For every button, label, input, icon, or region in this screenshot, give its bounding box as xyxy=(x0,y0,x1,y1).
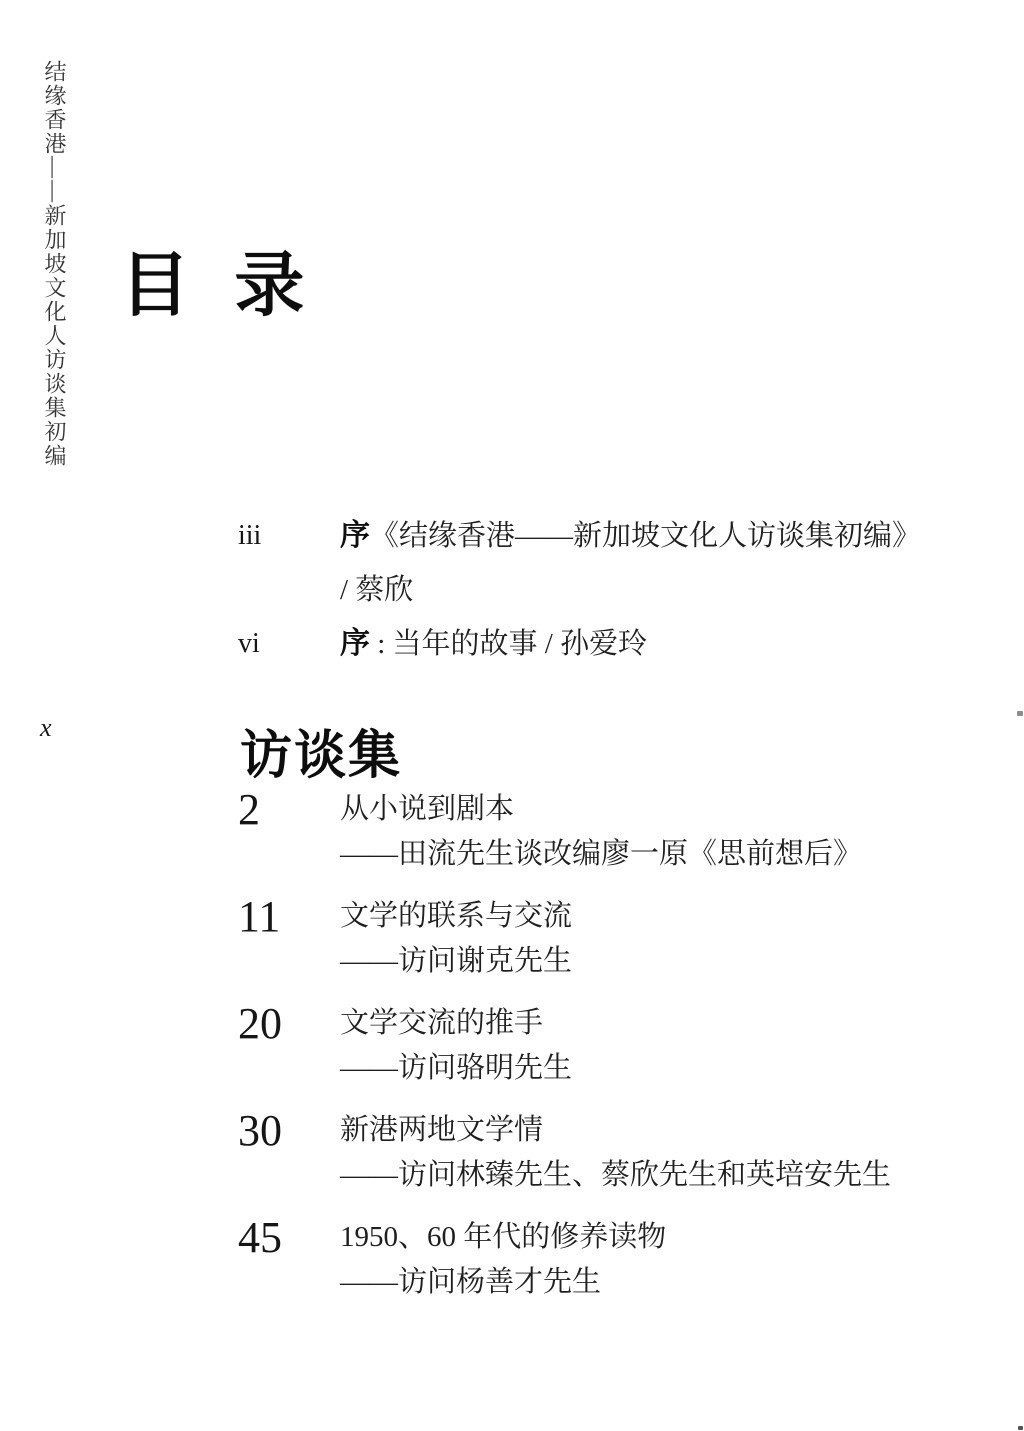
toc-entry-text: 1950、60 年代的修养读物 ——访问杨善才先生 xyxy=(340,1215,958,1305)
toc-entry-title: 文学的联系与交流 xyxy=(340,894,958,939)
spine-running-title: 结缘香港——新加坡文化人访谈集初编 xyxy=(39,60,70,490)
front-matter-list: iii 序《结缘香港——新加坡文化人访谈集初编》 / 蔡欣 vi 序 : 当年的… xyxy=(238,509,938,671)
toc-entry-title: 序《结缘香港——新加坡文化人访谈集初编》 xyxy=(340,509,938,563)
toc-entry-title: 文学交流的推手 xyxy=(340,1001,958,1046)
toc-entry-preface-2: vi 序 : 当年的故事 / 孙爱玲 xyxy=(238,617,938,671)
toc-entry: 30 新港两地文学情 ——访问林臻先生、蔡欣先生和英培安先生 xyxy=(238,1108,958,1198)
toc-entries-list: 2 从小说到剧本 ——田流先生谈改编廖一原《思前想后》 11 文学的联系与交流 … xyxy=(238,787,958,1322)
toc-entry: 45 1950、60 年代的修养读物 ——访问杨善才先生 xyxy=(238,1215,958,1305)
toc-entry-subtitle: ——访问谢克先生 xyxy=(340,939,958,984)
toc-entry-text: 文学的联系与交流 ——访问谢克先生 xyxy=(340,894,958,984)
toc-entry-title: 新港两地文学情 xyxy=(340,1108,958,1153)
margin-page-number: x xyxy=(40,714,52,742)
toc-entry-subtitle: ——访问杨善才先生 xyxy=(340,1260,958,1305)
toc-entry-subtitle: ——访问林臻先生、蔡欣先生和英培安先生 xyxy=(340,1153,958,1198)
page-title: 目 录 xyxy=(120,250,314,320)
toc-entry-text: 序 : 当年的故事 / 孙爱玲 xyxy=(340,617,938,671)
toc-page-number: 45 xyxy=(238,1215,340,1305)
toc-page-number: 11 xyxy=(238,894,340,984)
toc-entry-text: 从小说到剧本 ——田流先生谈改编廖一原《思前想后》 xyxy=(340,787,958,877)
toc-page-number: 30 xyxy=(238,1108,340,1198)
preface-label: 序 xyxy=(340,626,370,661)
toc-page-number: 20 xyxy=(238,1001,340,1091)
preface-title-text: : 当年的故事 / 孙爱玲 xyxy=(370,628,647,660)
toc-entry: 20 文学交流的推手 ——访问骆明先生 xyxy=(238,1001,958,1091)
section-header-interviews: 访谈集 xyxy=(240,729,402,783)
toc-entry-title: 序 : 当年的故事 / 孙爱玲 xyxy=(340,617,938,671)
toc-entry-title: 1950、60 年代的修养读物 xyxy=(340,1215,958,1260)
toc-entry: 2 从小说到剧本 ——田流先生谈改编廖一原《思前想后》 xyxy=(238,787,958,877)
preface-title-text: 《结缘香港——新加坡文化人访谈集初编》 xyxy=(370,520,921,552)
preface-label: 序 xyxy=(340,518,370,553)
toc-page-number: iii xyxy=(238,509,340,617)
toc-entry-subtitle: ——访问骆明先生 xyxy=(340,1046,958,1091)
toc-entry-text: 新港两地文学情 ——访问林臻先生、蔡欣先生和英培安先生 xyxy=(340,1108,958,1198)
toc-entry-byline: / 蔡欣 xyxy=(340,563,938,617)
toc-entry-preface-1: iii 序《结缘香港——新加坡文化人访谈集初编》 / 蔡欣 xyxy=(238,509,938,617)
toc-entry-text: 序《结缘香港——新加坡文化人访谈集初编》 / 蔡欣 xyxy=(340,509,938,617)
scan-artifact-speck xyxy=(1017,711,1023,716)
toc-entry-text: 文学交流的推手 ——访问骆明先生 xyxy=(340,1001,958,1091)
toc-entry: 11 文学的联系与交流 ——访问谢克先生 xyxy=(238,894,958,984)
toc-entry-subtitle: ——田流先生谈改编廖一原《思前想后》 xyxy=(340,832,958,877)
scan-artifact-speck xyxy=(1018,1426,1023,1430)
toc-page-number: vi xyxy=(238,617,340,671)
toc-page-number: 2 xyxy=(238,787,340,877)
toc-entry-title: 从小说到剧本 xyxy=(340,787,958,832)
